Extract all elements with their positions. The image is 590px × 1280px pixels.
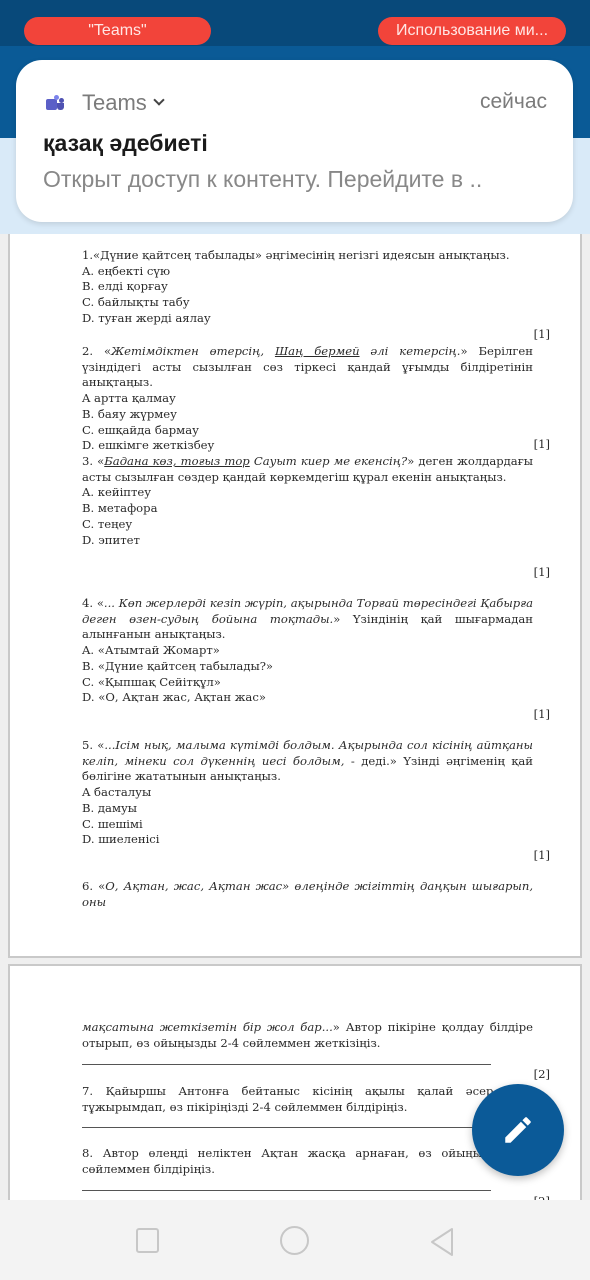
question-5: 5. «...Ісім нық, малыма күтімді болдым. … — [82, 738, 533, 848]
question-2: 2. «Жетімдіктен өтерсің, Шаң бермей әлі … — [82, 344, 533, 454]
question-stem: 7. Қайыршы Антонға бейтаныс кісінің ақыл… — [82, 1084, 533, 1115]
recents-button[interactable] — [136, 1228, 159, 1253]
question-stem: 6. «О, Ақтан, жас, Ақтан жас» өлеңінде ж… — [82, 879, 533, 910]
edit-button[interactable] — [472, 1084, 564, 1176]
question-6: 6. «О, Ақтан, жас, Ақтан жас» өлеңінде ж… — [82, 879, 533, 910]
screen-share-pill[interactable]: "Teams" — [24, 17, 211, 45]
answer-option-d[interactable]: D. эпитет — [82, 533, 533, 549]
home-button[interactable] — [280, 1226, 309, 1255]
answer-line[interactable] — [82, 1190, 491, 1191]
pencil-icon — [501, 1113, 535, 1147]
answer-option-d[interactable]: D. шиеленісі — [82, 832, 533, 848]
answer-option-d[interactable]: D. туған жерді аялау — [82, 311, 533, 327]
answer-option-a[interactable]: A. «Атымтай Жомарт» — [82, 643, 533, 659]
chevron-down-icon[interactable] — [153, 94, 164, 105]
question-8: 8. Автор өлеңді неліктен Ақтан жасқа арн… — [82, 1146, 533, 1177]
stem-text: 4. « — [82, 596, 104, 610]
answer-line[interactable] — [82, 1064, 491, 1065]
answer-option-a[interactable]: A басталуы — [82, 785, 533, 801]
question-stem: 1.«Дүние қайтсең табылады» әңгімесінің н… — [82, 248, 533, 264]
answer-option-a[interactable]: A. кейіптеу — [82, 485, 533, 501]
stem-text: Жетімдіктен өтерсің, — [111, 344, 275, 358]
question-stem: мақсатына жеткізетін бір жол бар...» Авт… — [82, 1020, 533, 1051]
question-stem: 4. «... Көп жерлерді кезіп жүріп, ақырын… — [82, 596, 533, 643]
system-navbar — [0, 1200, 590, 1280]
document-viewer[interactable]: 1.«Дүние қайтсең табылады» әңгімесінің н… — [0, 234, 590, 1200]
question-score: [1] — [534, 707, 550, 723]
stem-text: әлі кетерсің. — [360, 344, 461, 358]
question-4: 4. «... Көп жерлерді кезіп жүріп, ақырын… — [82, 596, 533, 706]
answer-option-c[interactable]: C. ешқайда бармау — [82, 423, 533, 439]
stem-text: О, Ақтан, жас, Ақтан жас» өлеңінде жігіт… — [82, 879, 533, 909]
back-button[interactable] — [428, 1226, 456, 1262]
answer-option-d[interactable]: D. «О, Ақтан жас, Ақтан жас» — [82, 690, 533, 706]
answer-option-c[interactable]: C. «Қыпшақ Сейітқұл» — [82, 675, 533, 691]
answer-option-b[interactable]: B. дамуы — [82, 801, 533, 817]
teams-notification[interactable]: Teams сейчас қазақ әдебиеті Открыт досту… — [16, 60, 573, 222]
stem-text: 3. « — [82, 454, 104, 468]
question-score: [1] — [534, 437, 550, 453]
question-7: 7. Қайыршы Антонға бейтаныс кісінің ақыл… — [82, 1084, 533, 1115]
answer-line[interactable] — [82, 1127, 491, 1128]
question-stem: 8. Автор өлеңді неліктен Ақтан жасқа арн… — [82, 1146, 533, 1177]
answer-option-d[interactable]: D. ешкімге жеткізбеу — [82, 438, 533, 454]
question-score: [1] — [534, 565, 550, 581]
notification-body: Открыт доступ к контенту. Перейдите в .. — [43, 166, 482, 193]
question-1: 1.«Дүние қайтсең табылады» әңгімесінің н… — [82, 248, 533, 327]
notification-time: сейчас — [480, 90, 547, 114]
stem-text: Сауыт киер ме екенсің? — [250, 454, 407, 468]
notification-title: қазақ әдебиеті — [43, 130, 208, 157]
question-3: 3. «Бадана көз, тоғыз тор Сауыт киер ме … — [82, 454, 533, 548]
stem-text: 1.«Дүние қайтсең табылады» әңгімесінің н… — [82, 248, 510, 262]
stem-text: 5. « — [82, 738, 104, 752]
mic-usage-pill[interactable]: Использование ми... — [378, 17, 566, 45]
stem-text: 2. « — [82, 344, 111, 358]
question-6-continued: мақсатына жеткізетін бір жол бар...» Авт… — [82, 1020, 533, 1051]
question-score: [2] — [534, 1067, 550, 1083]
answer-option-c[interactable]: C. байлықты табу — [82, 295, 533, 311]
back-triangle-icon — [428, 1226, 456, 1258]
question-score: [1] — [534, 327, 550, 343]
answer-option-c[interactable]: C. шешімі — [82, 817, 533, 833]
stem-text: 6. « — [82, 879, 105, 893]
question-stem: 2. «Жетімдіктен өтерсің, Шаң бермей әлі … — [82, 344, 533, 391]
answer-option-c[interactable]: C. теңеу — [82, 517, 533, 533]
question-score: [1] — [534, 848, 550, 864]
answer-option-a[interactable]: A артта қалмау — [82, 391, 533, 407]
question-stem: 5. «...Ісім нық, малыма күтімді болдым. … — [82, 738, 533, 785]
stem-text: Шаң бермей — [275, 344, 360, 358]
stem-text: мақсатына жеткізетін бір жол бар... — [82, 1020, 333, 1034]
answer-option-b[interactable]: B. метафора — [82, 501, 533, 517]
question-stem: 3. «Бадана көз, тоғыз тор Сауыт киер ме … — [82, 454, 533, 485]
answer-option-b[interactable]: B. «Дүние қайтсең табылады?» — [82, 659, 533, 675]
answer-option-a[interactable]: A. еңбекті сүю — [82, 264, 533, 280]
answer-option-b[interactable]: B. баяу жүрмеу — [82, 407, 533, 423]
teams-logo-icon — [46, 95, 64, 111]
answer-option-b[interactable]: B. елді қорғау — [82, 279, 533, 295]
notification-app-name: Teams — [82, 90, 147, 116]
stem-text: Бадана көз, тоғыз тор — [104, 454, 249, 468]
